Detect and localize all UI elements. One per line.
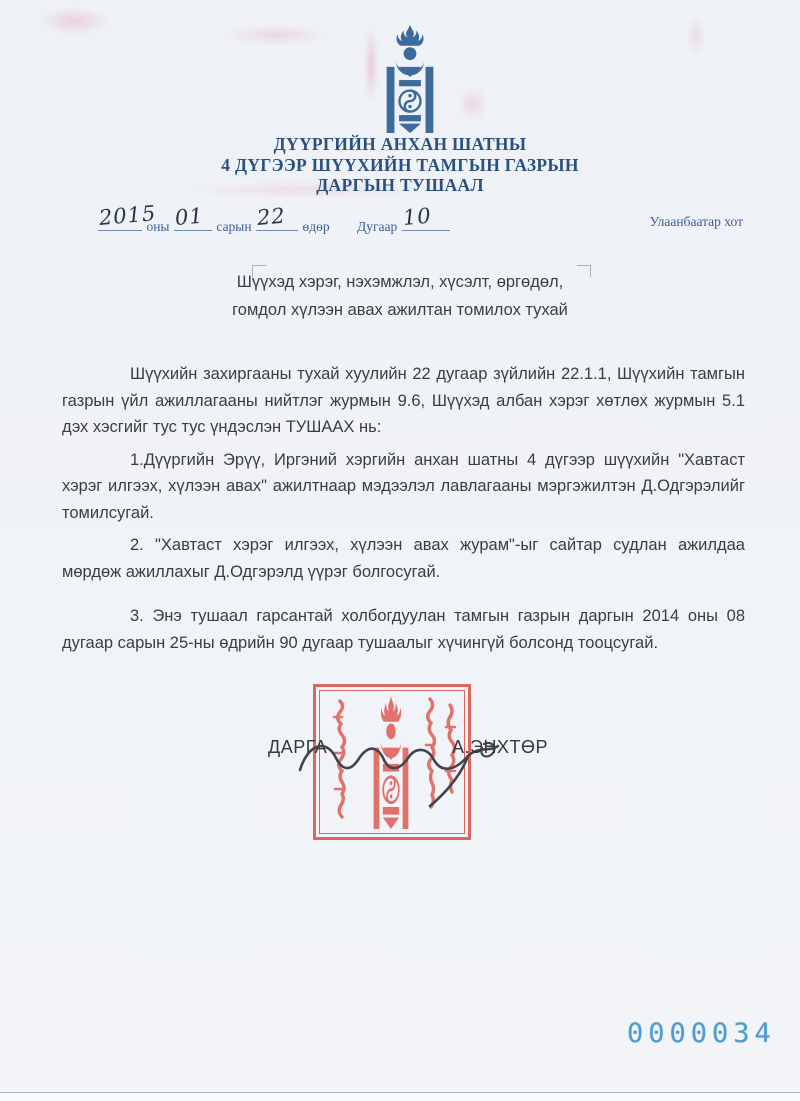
signature-ink (294, 720, 504, 810)
month-blank: 01 (174, 210, 212, 231)
letterhead-line-2: 4 ДҮГЭЭР ШҮҮХИЙН ТАМГЫН ГАЗРЫН (0, 155, 800, 176)
year-blank: 2015 (98, 210, 142, 231)
pink-ink-smudge (688, 14, 704, 56)
document-title-line-1: Шүүхэд хэрэг, нэхэмжлэл, хүсэлт, өргөдөл… (0, 268, 800, 296)
month-label: сарын (216, 219, 251, 234)
handwritten-month: 01 (174, 204, 205, 230)
letterhead: ДҮҮРГИЙН АНХАН ШАТНЫ 4 ДҮГЭЭР ШҮҮХИЙН ТА… (0, 134, 800, 196)
document-title: Шүүхэд хэрэг, нэхэмжлэл, хүсэлт, өргөдөл… (0, 268, 800, 324)
preamble-paragraph: Шүүхийн захиргааны тухай хуулийн 22 дуга… (62, 361, 745, 441)
scan-edge-line (0, 1092, 800, 1101)
clause-1-paragraph: 1.Дүүргийн Эрүү, Иргэний хэргийн анхан ш… (62, 447, 745, 527)
pink-ink-smudge (458, 88, 488, 120)
pink-ink-smudge (40, 8, 110, 34)
day-blank: 22 (256, 210, 298, 231)
number-blank: 10 (402, 210, 450, 231)
document-number: Дугаар 10 (357, 210, 450, 236)
handwritten-number: 10 (402, 204, 433, 230)
pink-ink-smudge (225, 26, 325, 44)
signatory-name: А.ЭНХТӨР (452, 737, 548, 758)
soyombo-emblem-icon (371, 24, 449, 133)
letterhead-line-1: ДҮҮРГИЙН АНХАН ШАТНЫ (0, 134, 800, 155)
letterhead-line-3: ДАРГЫН ТУШААЛ (0, 175, 800, 196)
handwritten-day: 22 (256, 204, 287, 230)
clause-2-paragraph: 2. "Хавтаст хэрэг илгээх, хүлээн авах жу… (62, 532, 745, 585)
scanned-document-page: { "header": { "line1": "ДҮҮРГИЙН АНХАН Ш… (0, 0, 800, 1101)
handwritten-year: 2015 (98, 201, 157, 230)
clause-3-paragraph: 3. Энэ тушаал гарсантай холбогдуулан там… (62, 603, 745, 656)
serial-number-stamp: 0000034 (627, 1018, 776, 1049)
document-body: Шүүхийн захиргааны тухай хуулийн 22 дуга… (62, 361, 745, 662)
document-title-line-2: гомдол хүлээн авах ажилтан томилох тухай (0, 296, 800, 324)
date-line: 2015 оны 01 сарын 22 өдөр (98, 210, 330, 236)
city-label: Улаанбаатар хот (650, 214, 743, 230)
day-label: өдөр (303, 219, 330, 234)
number-label: Дугаар (357, 219, 397, 234)
